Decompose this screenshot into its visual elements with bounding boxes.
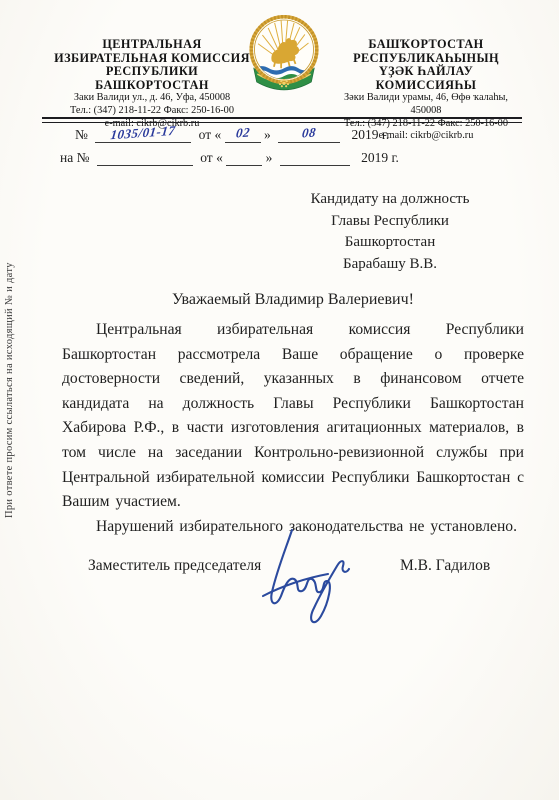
- number-sign-label: №: [75, 127, 88, 142]
- incoming-ref-line: на № от « » 2019 г.: [60, 150, 399, 166]
- org-title-line: ИЗБИРАТЕЛЬНАЯ КОМИССИЯ: [52, 52, 252, 66]
- day-field: [226, 150, 262, 166]
- org-phone-line: Тел.: (347) 218-11-22 Факс: 250-16-00: [52, 105, 252, 118]
- addressee-line: Барабашу В.В.: [288, 254, 492, 276]
- from-label: от «: [200, 150, 223, 165]
- year-label: 2019 г.: [352, 127, 390, 142]
- close-quote-label: »: [266, 150, 273, 165]
- side-note-reply-reference: При ответе просим ссылаться на исходящий…: [4, 218, 15, 518]
- incoming-number-field: [97, 150, 193, 166]
- handwritten-signature-icon: [256, 524, 356, 634]
- salutation: Уважаемый Владимир Валериевич!: [62, 291, 524, 309]
- org-title-line: РЕСПУБЛИКИ БАШКОРТОСТАН: [52, 65, 252, 92]
- addressee-block: Кандидату на должность Главы Республики …: [288, 189, 492, 275]
- body-paragraph: Центральная избирательная комиссия Респу…: [62, 318, 524, 515]
- signer-position-label: Заместитель председателя: [88, 557, 261, 575]
- handwritten-day: 02: [224, 124, 262, 143]
- addressee-line: Главы Республики Башкортостан: [288, 211, 492, 254]
- org-title-line: ҮҘӘК ҺАЙЛАУ КОМИССИЯҺЫ: [328, 65, 524, 92]
- from-label: от «: [199, 127, 222, 142]
- close-quote-label: »: [264, 127, 271, 142]
- year-label: 2019 г.: [361, 150, 399, 165]
- signer-name: М.В. Гадилов: [400, 557, 490, 575]
- month-field: [280, 150, 350, 166]
- month-field: 08: [278, 127, 340, 143]
- header-divider-rule: [42, 117, 522, 123]
- letter-page: При ответе просим ссылаться на исходящий…: [0, 0, 559, 800]
- addressee-line: Кандидату на должность: [288, 189, 492, 211]
- org-title-line: ЦЕНТРАЛЬНАЯ: [52, 38, 252, 52]
- bashkortostan-emblem-icon: [248, 14, 320, 98]
- org-title-line: БАШҠОРТОСТАН: [328, 38, 524, 52]
- letter-body: Уважаемый Владимир Валериевич! Центральн…: [62, 291, 524, 539]
- day-field: 02: [225, 127, 261, 143]
- outgoing-number-field: 1035/01-17: [95, 127, 191, 143]
- org-address-line: Зәки Валиди урамы, 46, Өфө ҡалаһы, 45000…: [328, 92, 524, 118]
- org-address-line: Заки Валиди ул., д. 46, Уфа, 450008: [52, 92, 252, 105]
- outgoing-ref-line: № 1035/01-17 от « 02 » 08 2019 г.: [75, 127, 389, 143]
- org-title-line: РЕСПУБЛИКАҺЫНЫҢ: [328, 52, 524, 66]
- on-number-label: на №: [60, 150, 89, 165]
- handwritten-month: 08: [277, 123, 341, 143]
